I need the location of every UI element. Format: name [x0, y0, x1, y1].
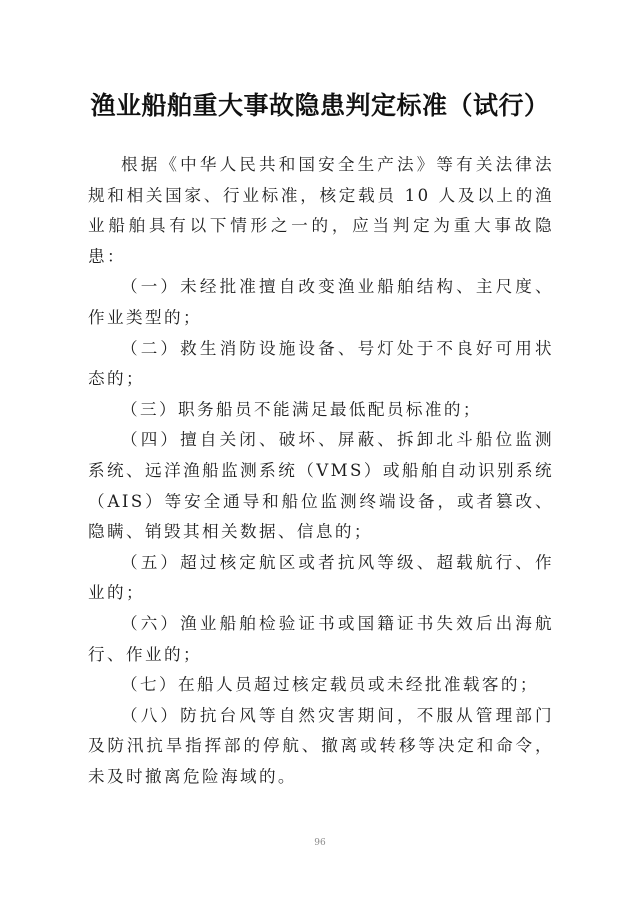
page-number: 96 — [0, 838, 640, 848]
clause-2: （二）救生消防设施设备、号灯处于不良好可用状态的； — [88, 334, 554, 395]
clause-7: （七）在船人员超过核定载员或未经批准载客的； — [88, 670, 554, 701]
clause-5: （五）超过核定航区或者抗风等级、超载航行、作业的； — [88, 548, 554, 609]
document-title: 渔业船舶重大事故隐患判定标准（试行） — [0, 86, 640, 122]
clause-8: （八）防抗台风等自然灾害期间，不服从管理部门及防汛抗旱指挥部的停航、撤离或转移等… — [88, 701, 554, 793]
document-body: 根据《中华人民共和国安全生产法》等有关法律法规和相关国家、行业标准，核定载员 1… — [88, 150, 554, 792]
clause-4: （四）擅自关闭、破坏、屏蔽、拆卸北斗船位监测系统、远洋渔船监测系统（VMS）或船… — [88, 425, 554, 547]
clause-1: （一）未经批准擅自改变渔业船舶结构、主尺度、作业类型的； — [88, 272, 554, 333]
intro-paragraph: 根据《中华人民共和国安全生产法》等有关法律法规和相关国家、行业标准，核定载员 1… — [88, 150, 554, 272]
clause-3: （三）职务船员不能满足最低配员标准的； — [88, 395, 554, 426]
clause-6: （六）渔业船舶检验证书或国籍证书失效后出海航行、作业的； — [88, 609, 554, 670]
